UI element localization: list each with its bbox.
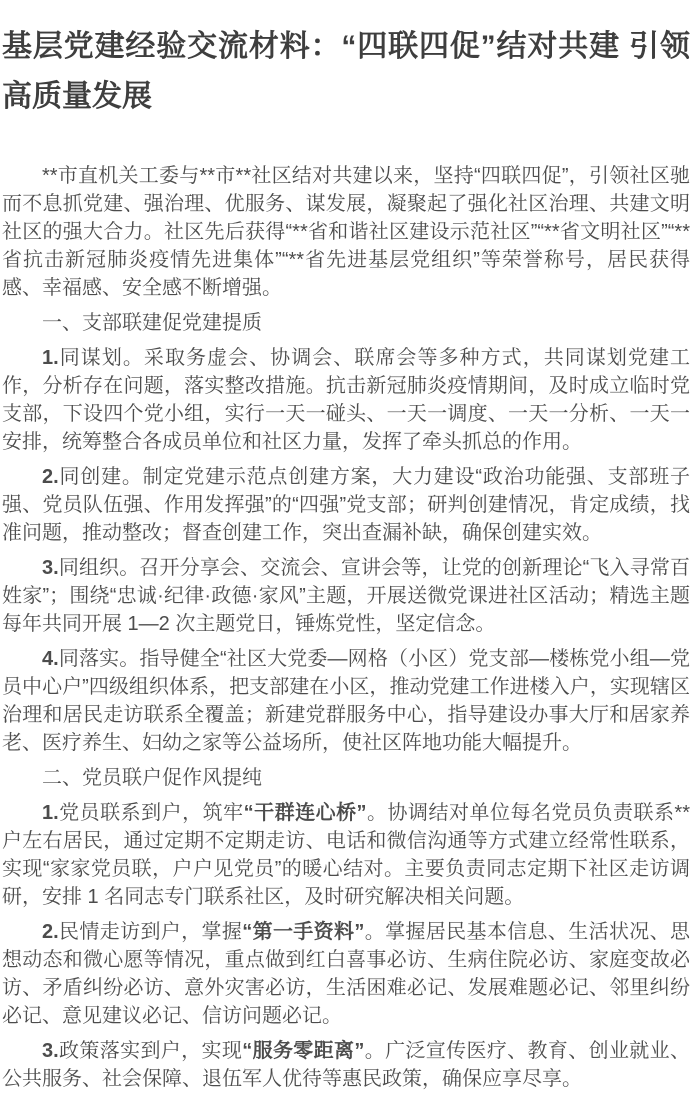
paragraph: 2.同创建。制定党建示范点创建方案，大力建设“政治功能强、支部班子强、党员队伍强… — [2, 463, 690, 547]
body-text: 民情走访到户，掌握 — [59, 921, 243, 943]
bold-text: 4. — [42, 648, 59, 670]
bold-text: 3. — [42, 1040, 59, 1062]
section-heading: 一、支部联建促党建提质 — [2, 309, 690, 337]
bold-text: “第一手资料” — [242, 921, 364, 943]
paragraph: 2.民情走访到户，掌握“第一手资料”。掌握居民基本信息、生活状况、思想动态和微心… — [2, 918, 690, 1030]
article: 基层党建经验交流材料：“四联四促”结对共建 引领高质量发展 **市直机关工委与*… — [0, 0, 693, 1108]
paragraph: 3.同组织。召开分享会、交流会、宣讲会等，让党的创新理论“飞入寻常百姓家”；围绕… — [2, 554, 690, 638]
bold-text: “干群连心桥” — [244, 802, 367, 824]
paragraph: **市直机关工委与**市**社区结对共建以来，坚持“四联四促”，引领社区驰而不息… — [2, 162, 690, 302]
paragraph: 1.同谋划。采取务虚会、协调会、联席会等多种方式，共同谋划党建工作，分析存在问题… — [2, 344, 690, 456]
bold-text: 3. — [42, 557, 59, 579]
paragraph: 3.政策落实到户，实现“服务零距离”。广泛宣传医疗、教育、创业就业、公共服务、社… — [2, 1037, 690, 1093]
body-text: 同创建。制定党建示范点创建方案，大力建设“政治功能强、支部班子强、党员队伍强、作… — [2, 466, 690, 544]
bold-text: “服务零距离” — [242, 1040, 364, 1062]
body-text: 二、党员联户促作风提纯 — [42, 767, 262, 789]
body-text: 同组织。召开分享会、交流会、宣讲会等，让党的创新理论“飞入寻常百姓家”；围绕“忠… — [2, 557, 690, 635]
body-text: 同谋划。采取务虚会、协调会、联席会等多种方式，共同谋划党建工作，分析存在问题，落… — [2, 347, 690, 453]
paragraph: 1.党员联系到户，筑牢“干群连心桥”。协调结对单位每名党员负责联系**户左右居民… — [2, 799, 690, 911]
article-body: **市直机关工委与**市**社区结对共建以来，坚持“四联四促”，引领社区驰而不息… — [2, 162, 690, 1093]
bold-text: 2. — [42, 921, 59, 943]
bold-text: 1. — [42, 802, 59, 824]
bold-text: 2. — [42, 466, 59, 488]
bold-text: 1. — [42, 347, 59, 369]
body-text: 一、支部联建促党建提质 — [42, 312, 262, 334]
page-title: 基层党建经验交流材料：“四联四促”结对共建 引领高质量发展 — [2, 22, 690, 122]
paragraph: 4.同落实。指导健全“社区大党委—网格（小区）党支部—楼栋党小组—党员中心户”四… — [2, 645, 690, 757]
body-text: 同落实。指导健全“社区大党委—网格（小区）党支部—楼栋党小组—党员中心户”四级组… — [2, 648, 690, 754]
body-text: **市直机关工委与**市**社区结对共建以来，坚持“四联四促”，引领社区驰而不息… — [2, 165, 690, 299]
body-text: 政策落实到户，实现 — [59, 1040, 243, 1062]
section-heading: 二、党员联户促作风提纯 — [2, 764, 690, 792]
body-text: 党员联系到户，筑牢 — [59, 802, 244, 824]
